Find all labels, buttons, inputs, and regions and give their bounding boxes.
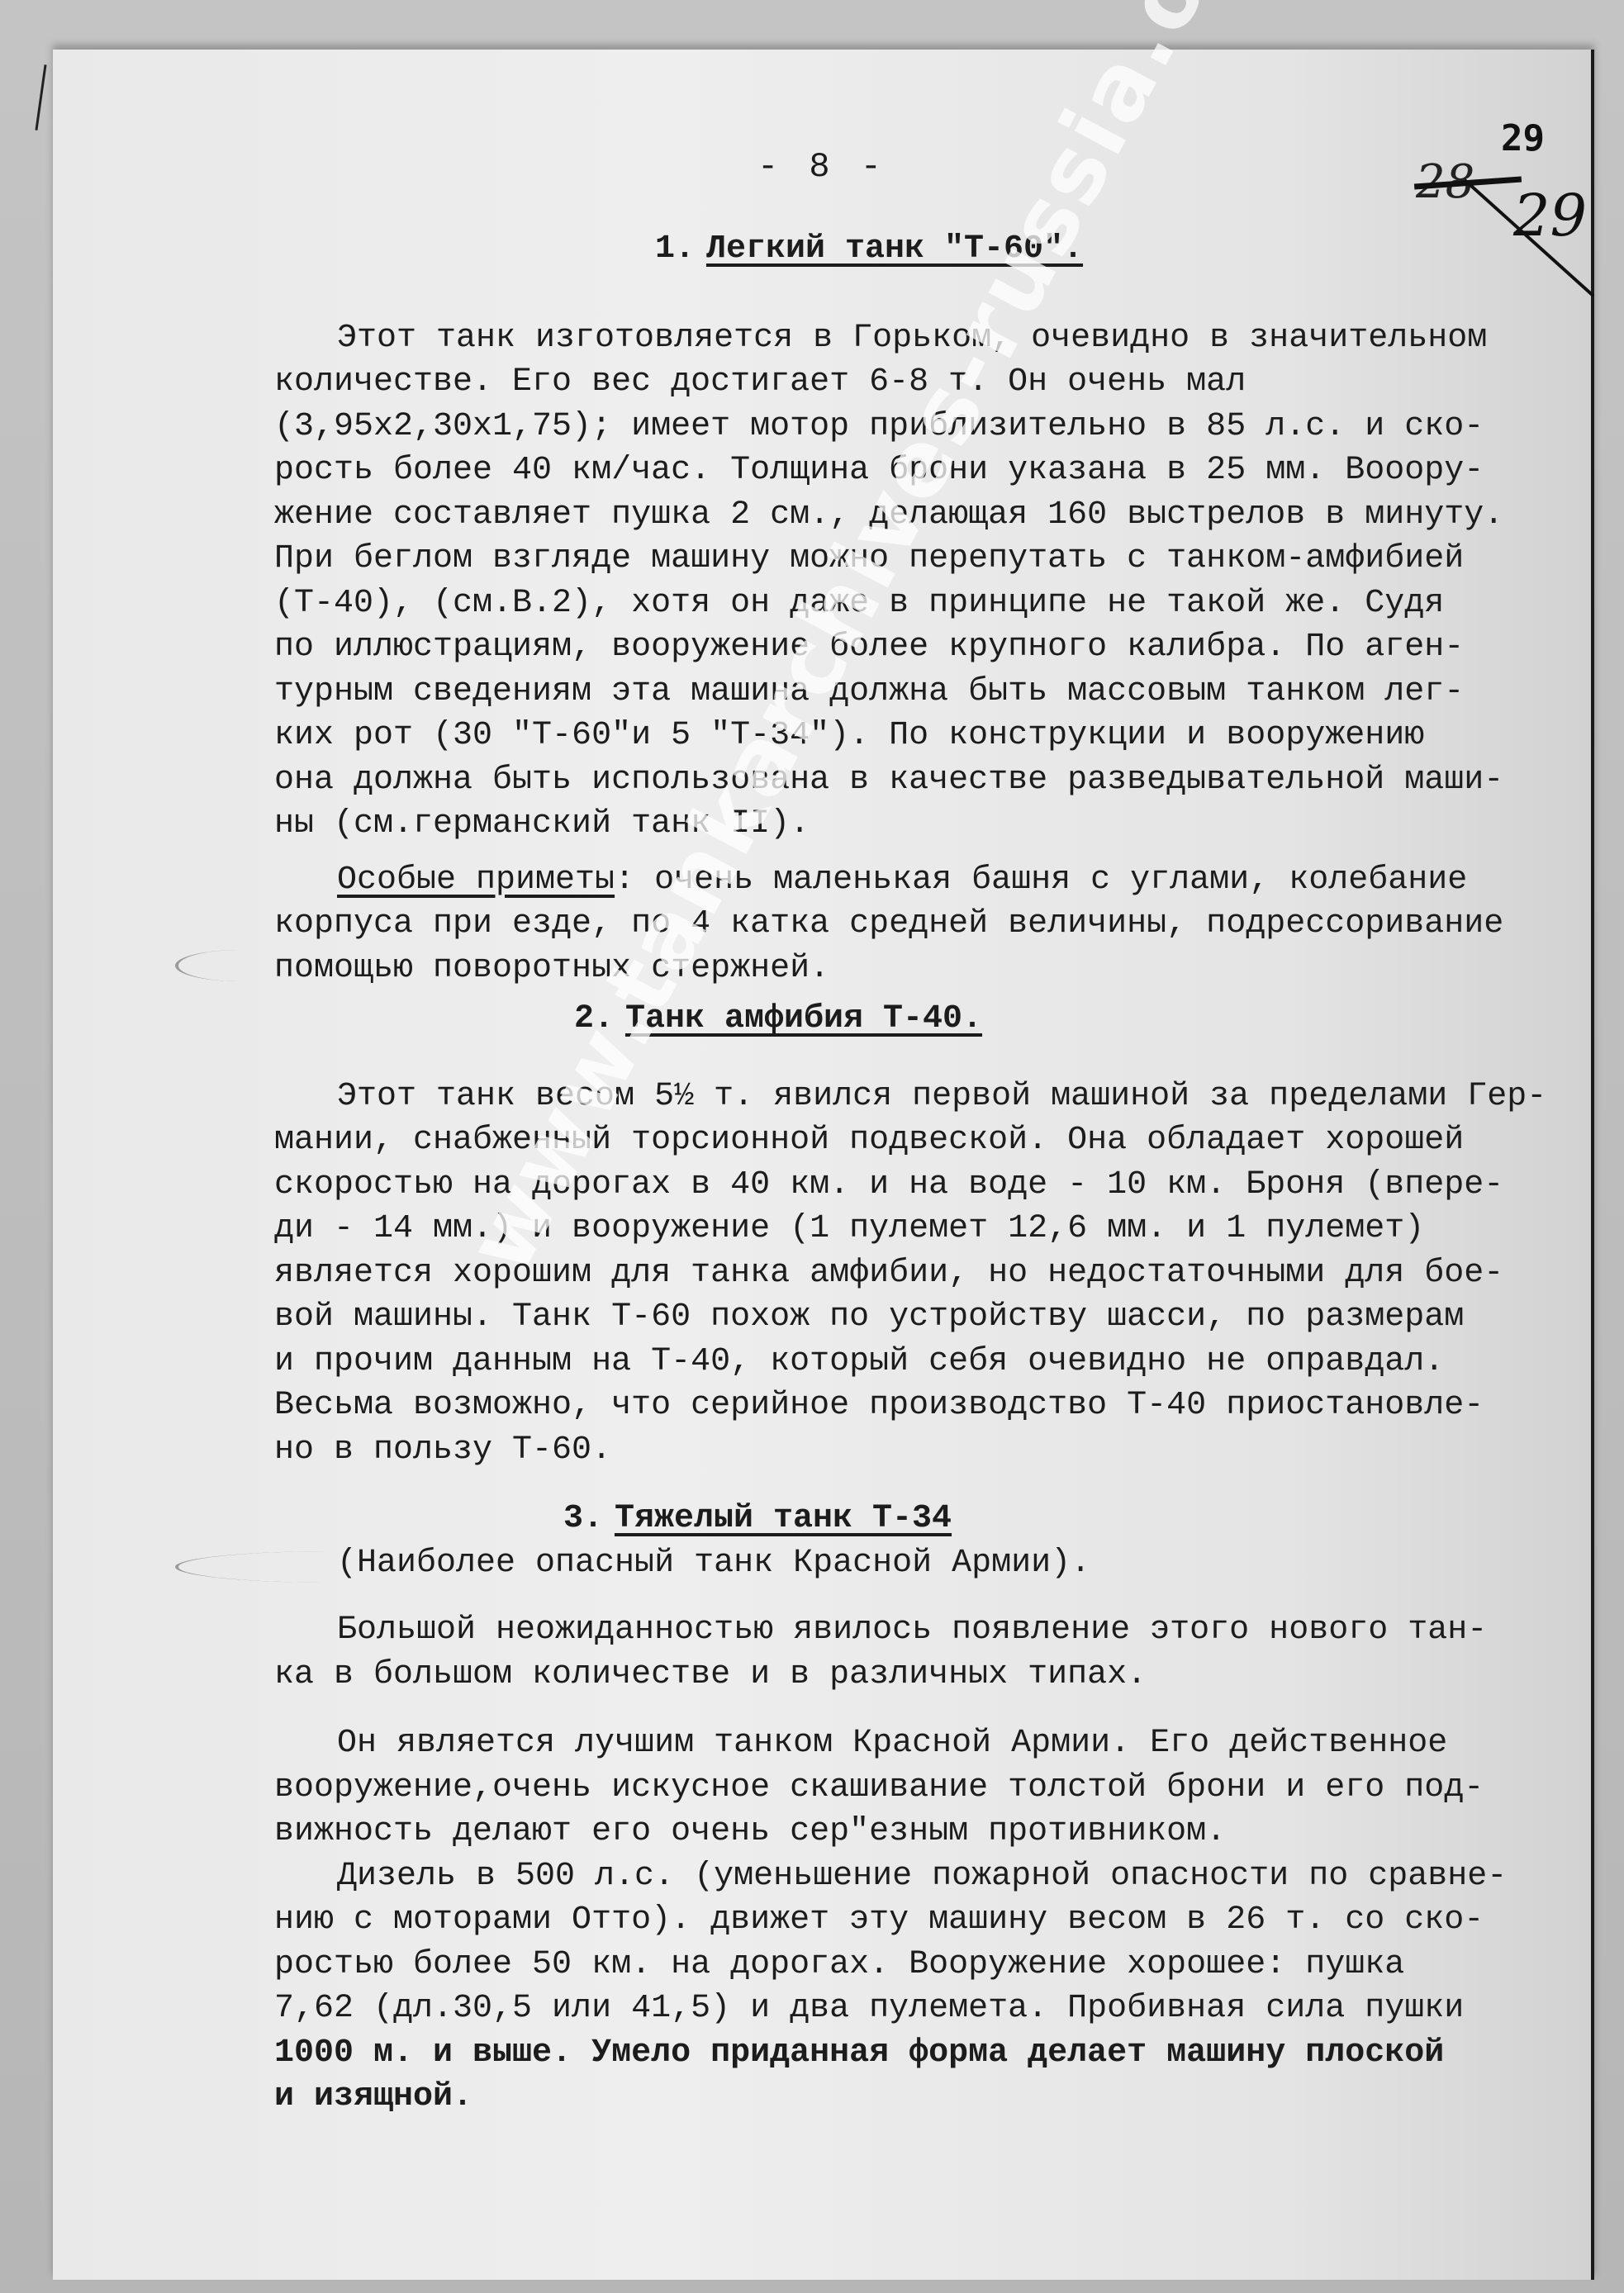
text-line: ких рот (30 "Т-60"и 5 "Т-34"). По констр… [274,714,1563,758]
text-line: она должна быть использована в качестве … [274,758,1563,803]
text-line: помощью поворотных стержней. [274,947,1563,991]
text-line: Этот танк изготовляется в Горьком, очеви… [274,316,1563,361]
text-line: по иллюстрациям, вооружение более крупно… [274,625,1563,670]
section-number: 2. [574,1000,614,1037]
section-t34: 3.Тяжелый танк Т-34 (Наиболее опасный та… [274,1497,1563,2120]
text-line: нию с моторами Отто). движет эту машину … [274,1898,1563,1943]
paragraph: Дизель в 500 л.с. (уменьшение пожарной о… [274,1854,1563,2120]
document-body: 1.Легкий танк "Т-60". Этот танк изготовл… [274,227,1563,2120]
section-title: Тяжелый танк Т-34 [615,1500,952,1537]
section-number: 3. [563,1500,603,1537]
text-line: Весьма возможно, что серийное производст… [274,1384,1563,1428]
text-line: рость более 40 км/час. Толщина брони ука… [274,449,1563,493]
text-line: При беглом взгляде машину можно перепута… [274,537,1563,582]
section-title: Легкий танк "Т-60". [706,230,1083,268]
text-line: (3,95х2,30х1,75); имеет мотор приблизите… [274,405,1563,449]
text-line: и прочим данным на Т-40, который себя оч… [274,1340,1563,1384]
text-line: Дизель в 500 л.с. (уменьшение пожарной о… [274,1854,1563,1899]
text-line: количестве. Его вес достигает 6-8 т. Он … [274,360,1563,405]
text-line: ростью более 50 км. на дорогах. Вооружен… [274,1943,1563,1987]
paragraph: Он является лучшим танком Красной Армии.… [274,1721,1563,1854]
paragraph: Этот танк изготовляется в Горьком, очеви… [274,316,1563,847]
paragraph-special-features: Особые приметы: очень маленькая башня с … [274,858,1563,991]
section-subtitle: (Наиболее опасный танк Красной Армии). [274,1541,1563,1586]
text-line: ны (см.германский танк II). [274,802,1563,847]
section-heading: 2.Танк амфибия Т-40. [274,997,1563,1042]
section-number: 1. [655,230,695,268]
text-line: 1000 м. и выше. Умело приданная форма де… [274,2031,1563,2076]
text-line: жение составляет пушка 2 см., делающая 1… [274,493,1563,538]
text-line: вижность делают его очень сер"езным прот… [274,1810,1563,1854]
text-line: является хорошим для танка амфибии, но н… [274,1251,1563,1296]
paragraph: Большой неожиданностью явилось появление… [274,1608,1563,1697]
text-fragment: : очень маленькая башня с углами, колеба… [615,862,1467,899]
text-line: 7,62 (дл.30,5 или 41,5) и два пулемета. … [274,1987,1563,2031]
text-line: корпуса при езде, по 4 катка средней вел… [274,902,1563,947]
text-line: Особые приметы: очень маленькая башня с … [274,858,1563,903]
page-number: - 8 - [53,147,1591,187]
section-title: Танк амфибия Т-40. [625,1000,982,1037]
text-line: ка в большом количестве и в различных ти… [274,1653,1563,1697]
section-t60: 1.Легкий танк "Т-60". Этот танк изготовл… [274,227,1563,990]
text-line: (Наиболее опасный танк Красной Армии). [274,1541,1563,1586]
folio-stamp: 29 [1501,117,1545,159]
text-line: вооружение,очень искусное скашивание тол… [274,1766,1563,1811]
term-label: Особые приметы [337,862,615,899]
text-line: но в пользу Т-60. [274,1428,1563,1473]
text-line: мании, снабженный торсионной подвеской. … [274,1118,1563,1163]
text-line: Он является лучшим танком Красной Армии.… [274,1721,1563,1766]
section-heading: 1.Легкий танк "Т-60". [274,227,1563,272]
text-line: Этот танк весом 5½ т. явился первой маши… [274,1075,1563,1119]
text-line: вой машины. Танк Т-60 похож по устройств… [274,1295,1563,1340]
section-t40: 2.Танк амфибия Т-40. Этот танк весом 5½ … [274,997,1563,1472]
text-line: и изящной. [274,2075,1563,2120]
text-line: Большой неожиданностью явилось появление… [274,1608,1563,1653]
text-line: скоростью на дорогах в 40 км. и на воде … [274,1163,1563,1208]
text-line: турным сведениям эта машина должна быть … [274,670,1563,714]
text-line: ди - 14 мм.) и вооружение (1 пулемет 12,… [274,1207,1563,1251]
paragraph: Этот танк весом 5½ т. явился первой маши… [274,1075,1563,1473]
section-heading: 3.Тяжелый танк Т-34 [274,1497,1563,1541]
text-line: (Т-40), (см.В.2), хотя он даже в принцип… [274,582,1563,626]
